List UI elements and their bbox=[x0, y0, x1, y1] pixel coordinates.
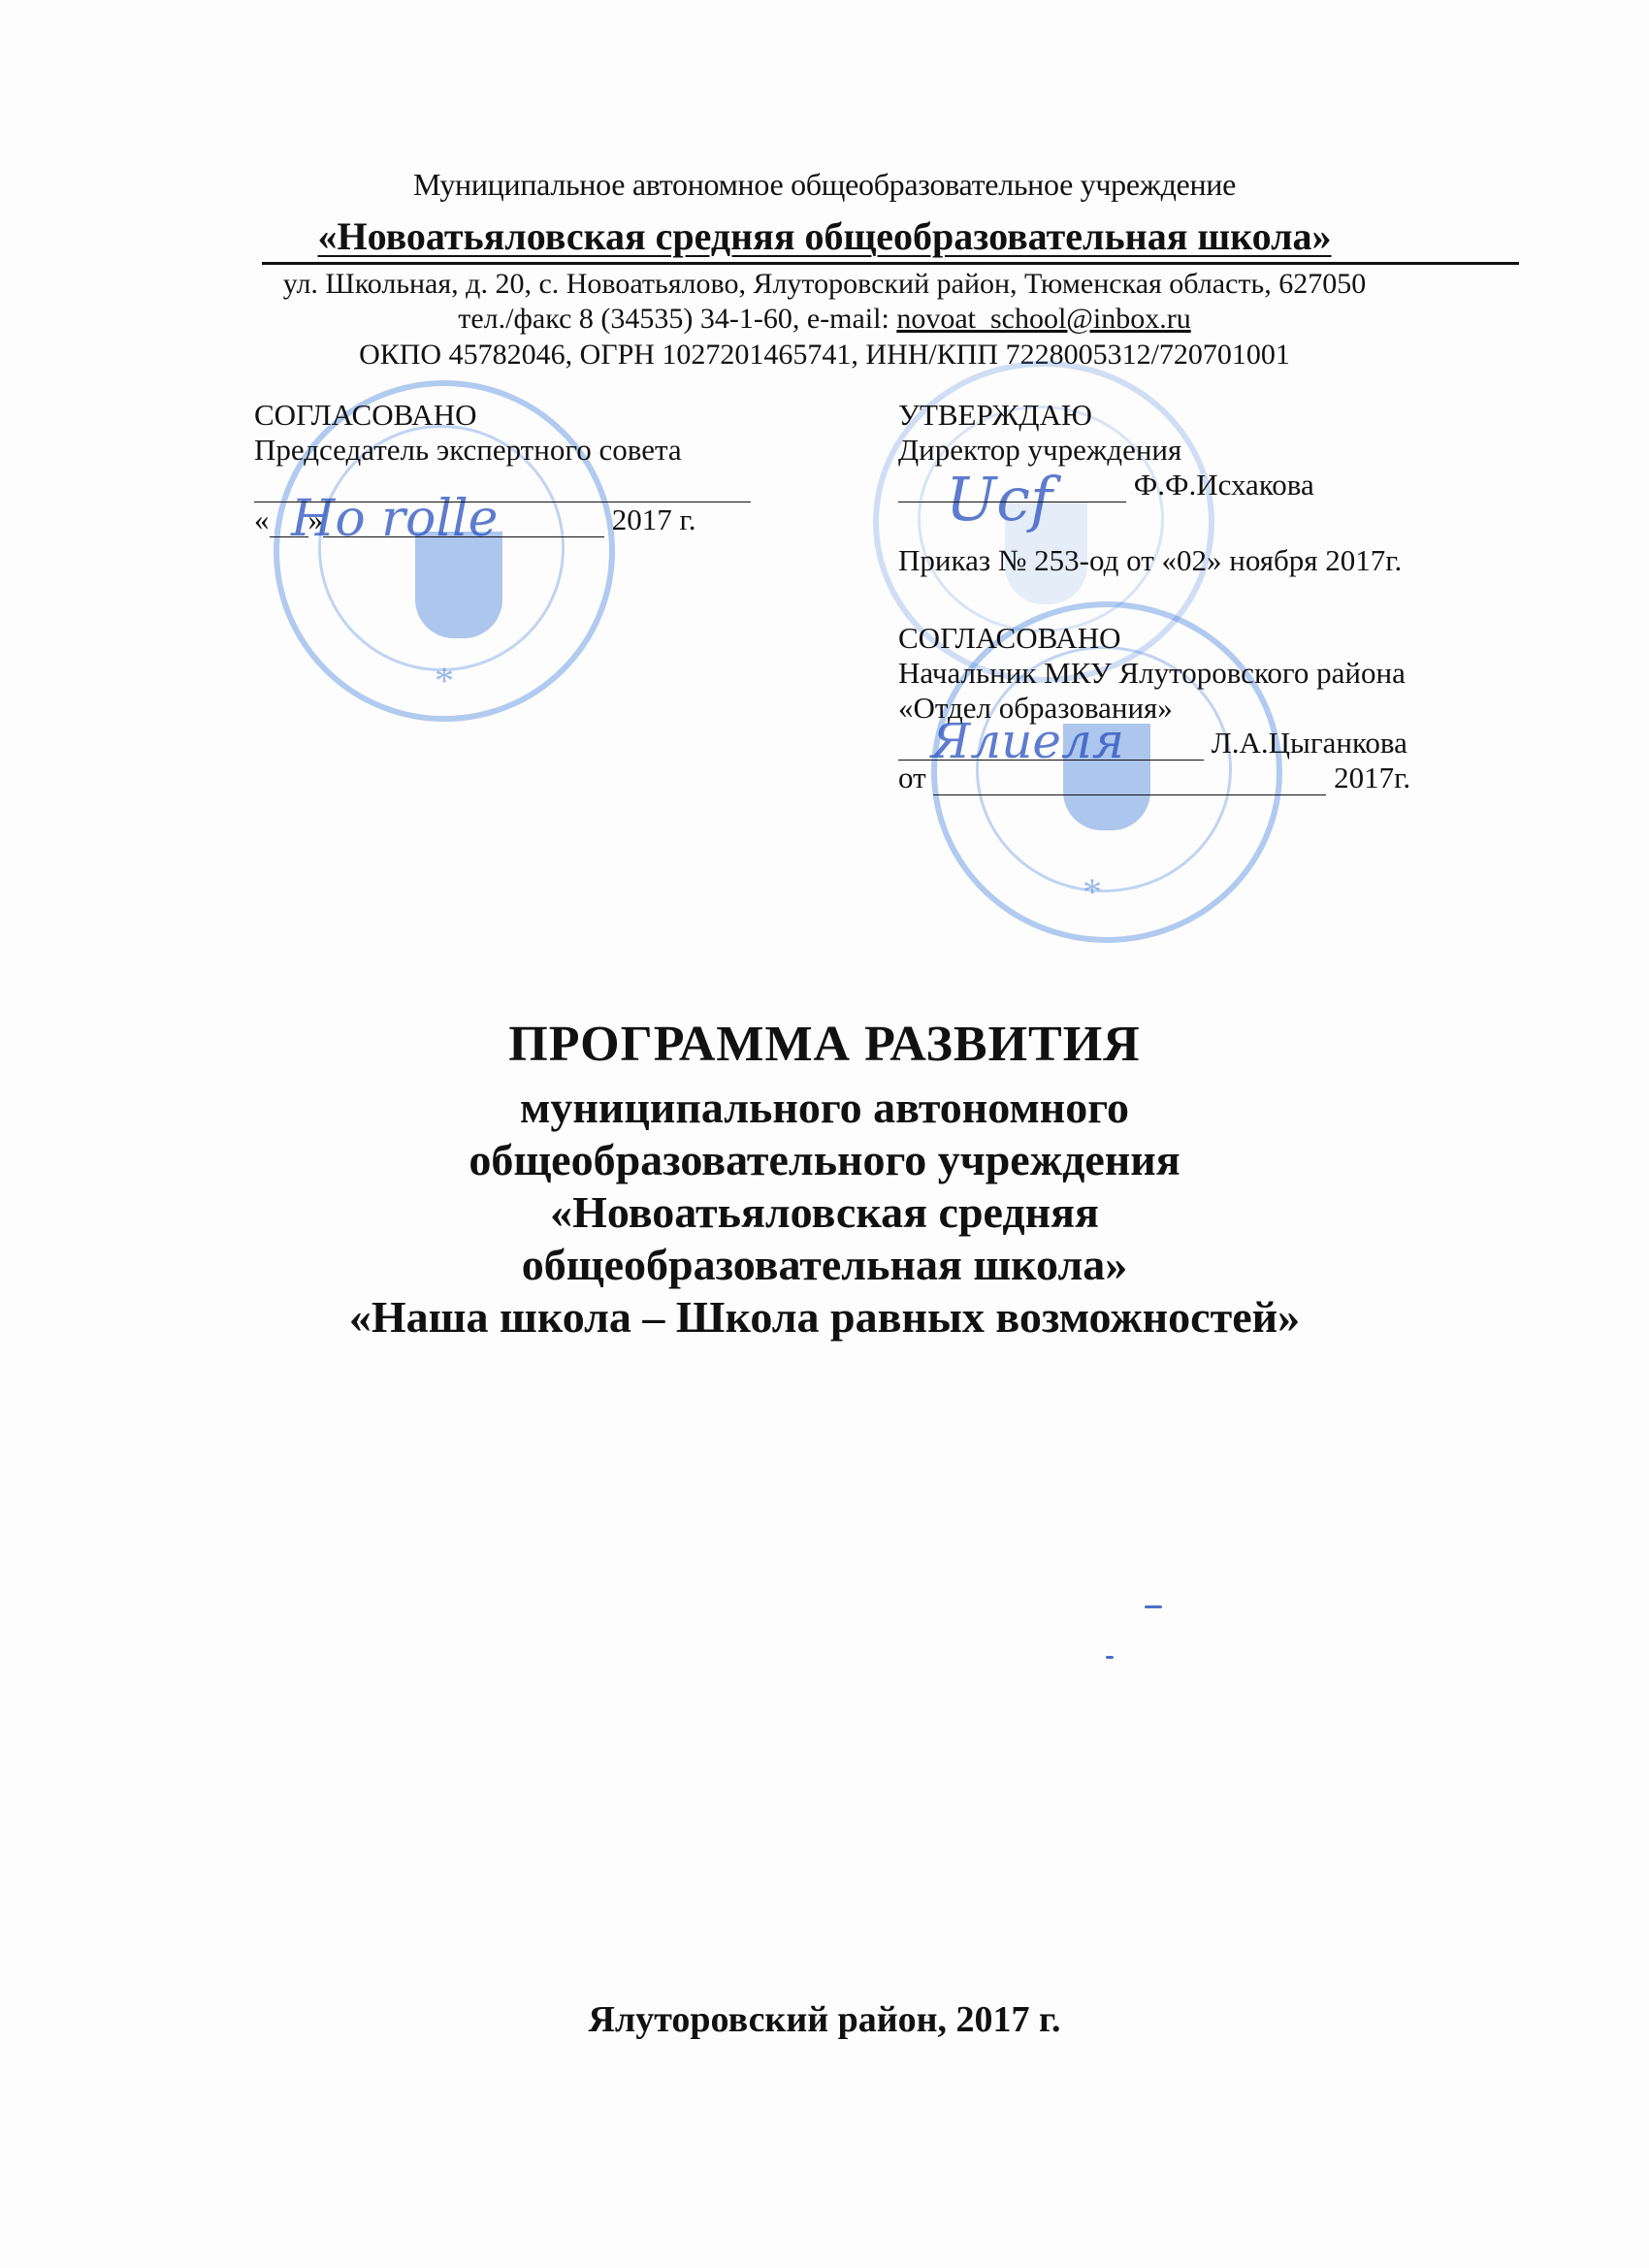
scan-mark bbox=[1106, 1656, 1114, 1659]
signature-line bbox=[254, 468, 759, 502]
approval-position-line2: «Отдел образования» bbox=[898, 691, 1500, 726]
place-and-year: Ялуторовский район, 2017 г. bbox=[0, 1998, 1649, 2041]
date-prefix: от bbox=[898, 761, 926, 794]
document-subtitle: муниципального автономного общеобразоват… bbox=[0, 1082, 1649, 1344]
star-icon: * bbox=[1083, 869, 1102, 915]
school-contacts: тел./факс 8 (34535) 34-1-60, e-mail: nov… bbox=[0, 303, 1649, 336]
subtitle-line: общеобразовательная школа» bbox=[0, 1239, 1649, 1291]
approval-position: Председатель экспертного совета bbox=[254, 433, 759, 468]
approval-heading: СОГЛАСОВАНО bbox=[254, 398, 759, 433]
organization-type: Муниципальное автономное общеобразовател… bbox=[0, 167, 1649, 203]
date-year: 2017 г. bbox=[612, 502, 696, 536]
signature-blank bbox=[898, 730, 1204, 761]
signer-name: Ф.Ф.Исхакова bbox=[1134, 468, 1314, 502]
registration-codes: ОКПО 45782046, ОГРН 1027201465741, ИНН/К… bbox=[0, 339, 1649, 372]
school-name: «Новоатьяловская средняя общеобразовател… bbox=[0, 213, 1649, 259]
approval-date: от 2017г. bbox=[898, 761, 1500, 795]
day-blank bbox=[270, 507, 308, 537]
approval-position: Директор учреждения bbox=[898, 433, 1500, 468]
subtitle-line: общеобразовательного учреждения bbox=[0, 1134, 1649, 1186]
date-year: 2017г. bbox=[1334, 761, 1410, 794]
document-title: ПРОГРАММА РАЗВИТИЯ bbox=[0, 1019, 1649, 1071]
approval-date: «» 2017 г. bbox=[254, 502, 759, 537]
signature-line: Ф.Ф.Исхакова bbox=[898, 468, 1500, 502]
approval-block-department: СОГЛАСОВАНО Начальник МКУ Ялуторовского … bbox=[898, 621, 1500, 795]
date-blank bbox=[933, 765, 1326, 795]
approval-heading: УТВЕРЖДАЮ bbox=[898, 398, 1500, 433]
quote-open: « bbox=[254, 502, 270, 536]
subtitle-line: «Новоатьяловская средняя bbox=[0, 1186, 1649, 1239]
subtitle-line: «Наша школа – Школа равных возможностей» bbox=[0, 1291, 1649, 1344]
phone-fax: тел./факс 8 (34535) 34-1-60, e-mail: bbox=[458, 303, 896, 335]
order-reference: Приказ № 253-од от «02» ноября 2017г. bbox=[898, 543, 1500, 578]
approval-heading: СОГЛАСОВАНО bbox=[898, 621, 1500, 656]
signer-name: Л.А.Цыганкова bbox=[1212, 726, 1407, 760]
subtitle-line: муниципального автономного bbox=[0, 1082, 1649, 1134]
approval-position-line1: Начальник МКУ Ялуторовского района bbox=[898, 656, 1500, 691]
header-divider bbox=[262, 262, 1519, 265]
star-icon: * bbox=[435, 658, 454, 703]
scan-mark bbox=[1145, 1605, 1162, 1608]
school-address: ул. Школьная, д. 20, с. Новоатьялово, Ял… bbox=[0, 268, 1649, 301]
signature-blank bbox=[254, 472, 751, 502]
approval-block-council: СОГЛАСОВАНО Председатель экспертного сов… bbox=[254, 398, 759, 537]
quote-close: » bbox=[308, 502, 324, 536]
month-blank bbox=[323, 507, 604, 537]
signature-blank bbox=[898, 472, 1126, 502]
signature-line: Л.А.Цыганкова bbox=[898, 726, 1500, 761]
school-name-text: «Новоатьяловская средняя общеобразовател… bbox=[317, 214, 1331, 258]
approval-block-director: УТВЕРЖДАЮ Директор учреждения Ф.Ф.Исхако… bbox=[898, 398, 1500, 578]
email-link[interactable]: novoat_school@inbox.ru bbox=[896, 303, 1190, 335]
